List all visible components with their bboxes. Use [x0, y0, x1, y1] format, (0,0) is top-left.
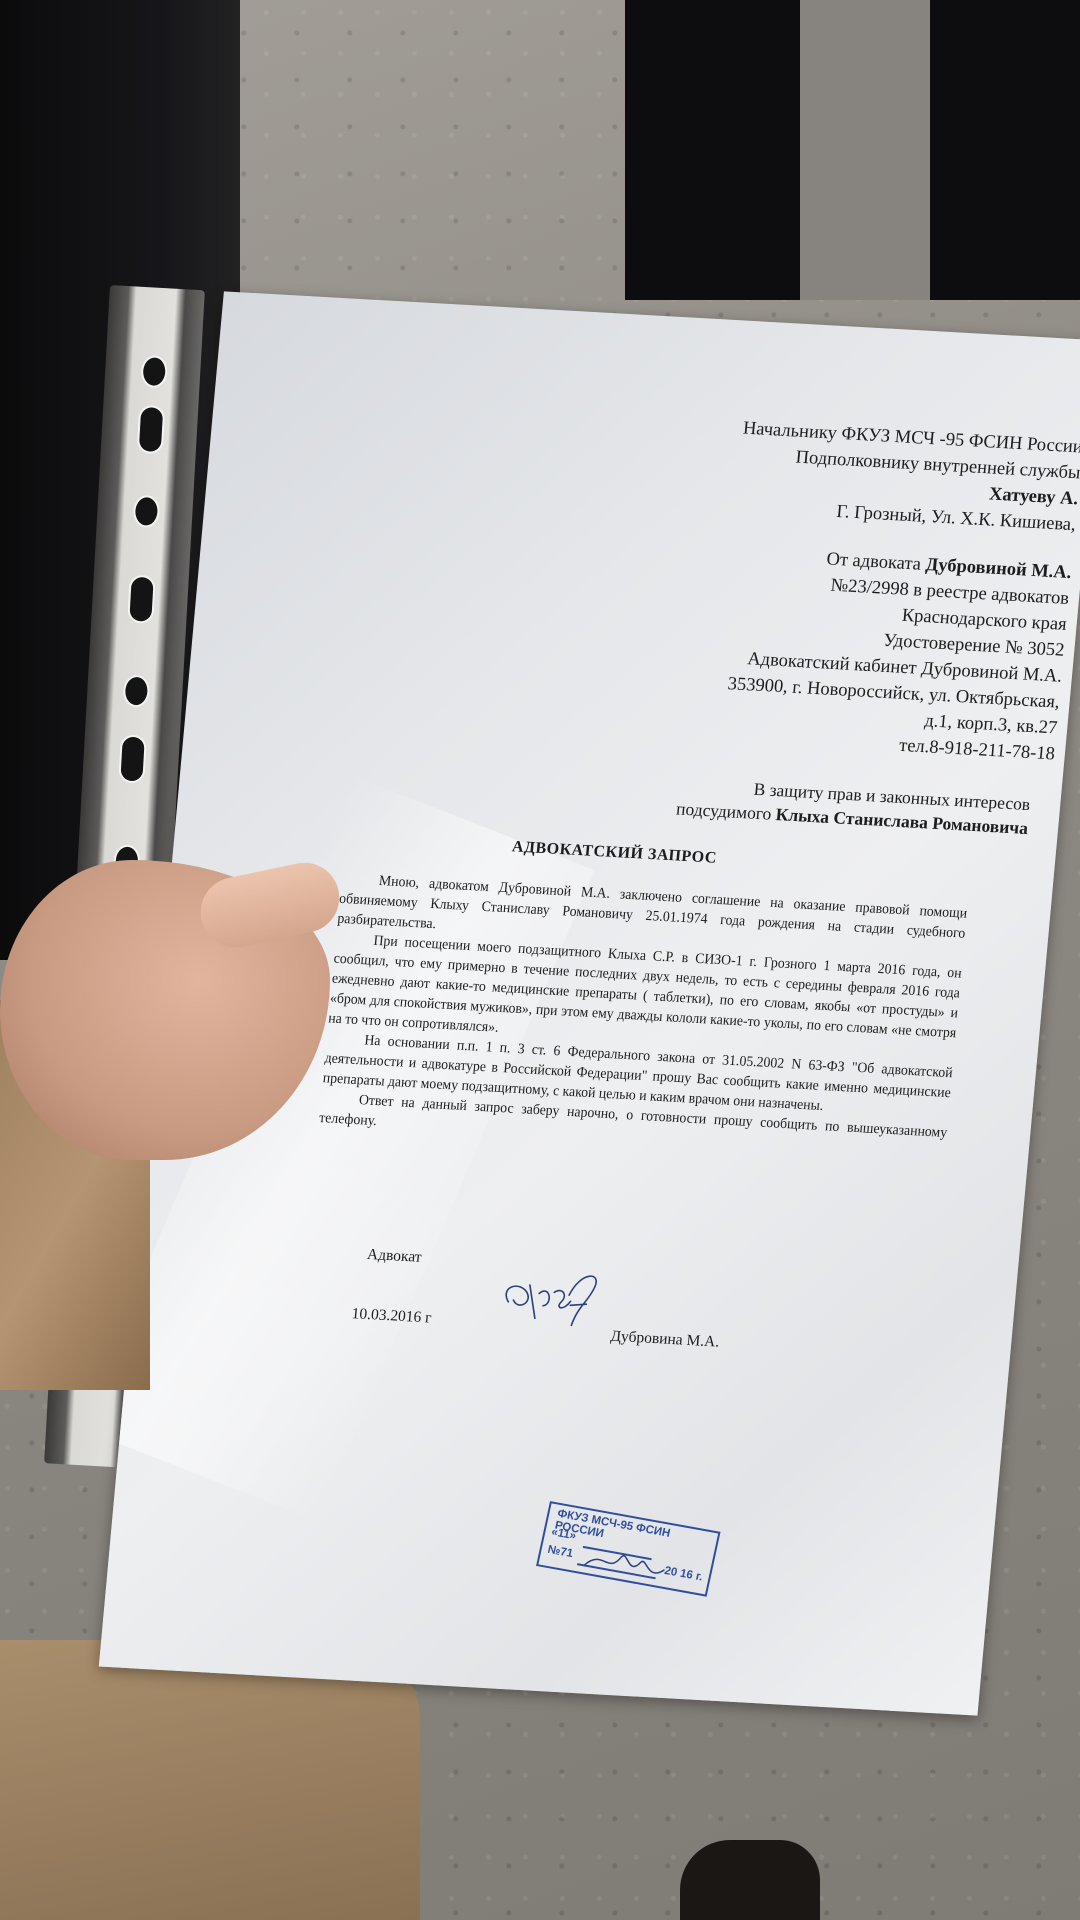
signature-block: Адвокат 10.03.2016 г Дубровина М.А.	[368, 1246, 927, 1277]
document-body: Мною, адвокатом Дубровиной М.А. заключен…	[318, 869, 968, 1163]
shoe	[680, 1840, 820, 1920]
stamp-number: №71	[546, 1544, 574, 1560]
handwritten-signature	[496, 1261, 612, 1337]
punch-hole	[120, 736, 144, 781]
header-block: Начальнику ФКУЗ МСЧ -95 ФСИН России Подп…	[534, 406, 1080, 768]
punch-hole	[135, 497, 159, 526]
signature-role: Адвокат	[366, 1246, 422, 1267]
signer-name: Дубровина М.А.	[610, 1328, 720, 1352]
punch-hole	[142, 357, 166, 386]
punch-hole	[139, 407, 163, 452]
punch-hole	[129, 577, 153, 622]
defense-block: В защиту прав и законных интересов подсу…	[508, 763, 1032, 840]
punch-hole	[125, 677, 149, 706]
asphalt-gap	[800, 0, 930, 300]
signature-date: 10.03.2016 г	[351, 1305, 432, 1327]
received-stamp: ФКУЗ МСЧ-95 ФСИН РОССИИ «11» №71 20 16 г…	[536, 1501, 720, 1597]
